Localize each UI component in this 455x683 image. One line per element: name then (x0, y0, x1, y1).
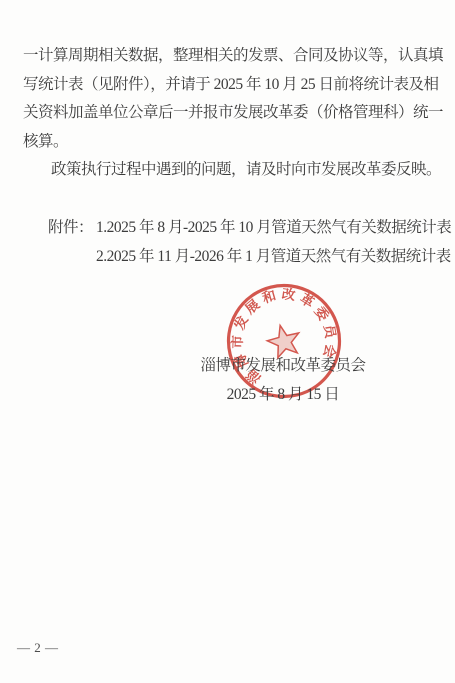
body-line: 一计算周期相关数据，整理相关的发票、合同及协议等，认真填 (23, 42, 435, 71)
body-line: 写统计表（见附件），并请于 2025 年 10 月 25 日前将统计表及相 (23, 71, 435, 100)
attachment-section: 附件： 1.2025 年 8 月-2025 年 10 月管道天然气有关数据统计表… (48, 214, 451, 272)
attachment-label: 附件： (48, 214, 93, 243)
body-paragraph: 一计算周期相关数据，整理相关的发票、合同及协议等，认真填 写统计表（见附件），并… (23, 42, 435, 185)
body-line: 核算。 (23, 128, 435, 157)
signature-block: 淄博市发展和改革委员会 2025 年 8 月 15 日 (200, 351, 365, 409)
signature-date: 2025 年 8 月 15 日 (200, 380, 365, 409)
page-number: — 2 — (17, 640, 59, 656)
body-line: 政策执行过程中遇到的问题，请及时向市发展改革委反映。 (23, 156, 435, 185)
body-line: 关资料加盖单位公章后一并报市发展改革委（价格管理科）统一 (23, 99, 435, 128)
document-page: 一计算周期相关数据，整理相关的发票、合同及协议等，认真填 写统计表（见附件），并… (0, 0, 455, 683)
attachment-item: 1.2025 年 8 月-2025 年 10 月管道天然气有关数据统计表 (96, 214, 451, 243)
attachment-item: 2.2025 年 11 月-2026 年 1 月管道天然气有关数据统计表 (96, 243, 451, 272)
attachment-items: 1.2025 年 8 月-2025 年 10 月管道天然气有关数据统计表 2.2… (96, 214, 451, 272)
signature-organization: 淄博市发展和改革委员会 (200, 351, 365, 380)
